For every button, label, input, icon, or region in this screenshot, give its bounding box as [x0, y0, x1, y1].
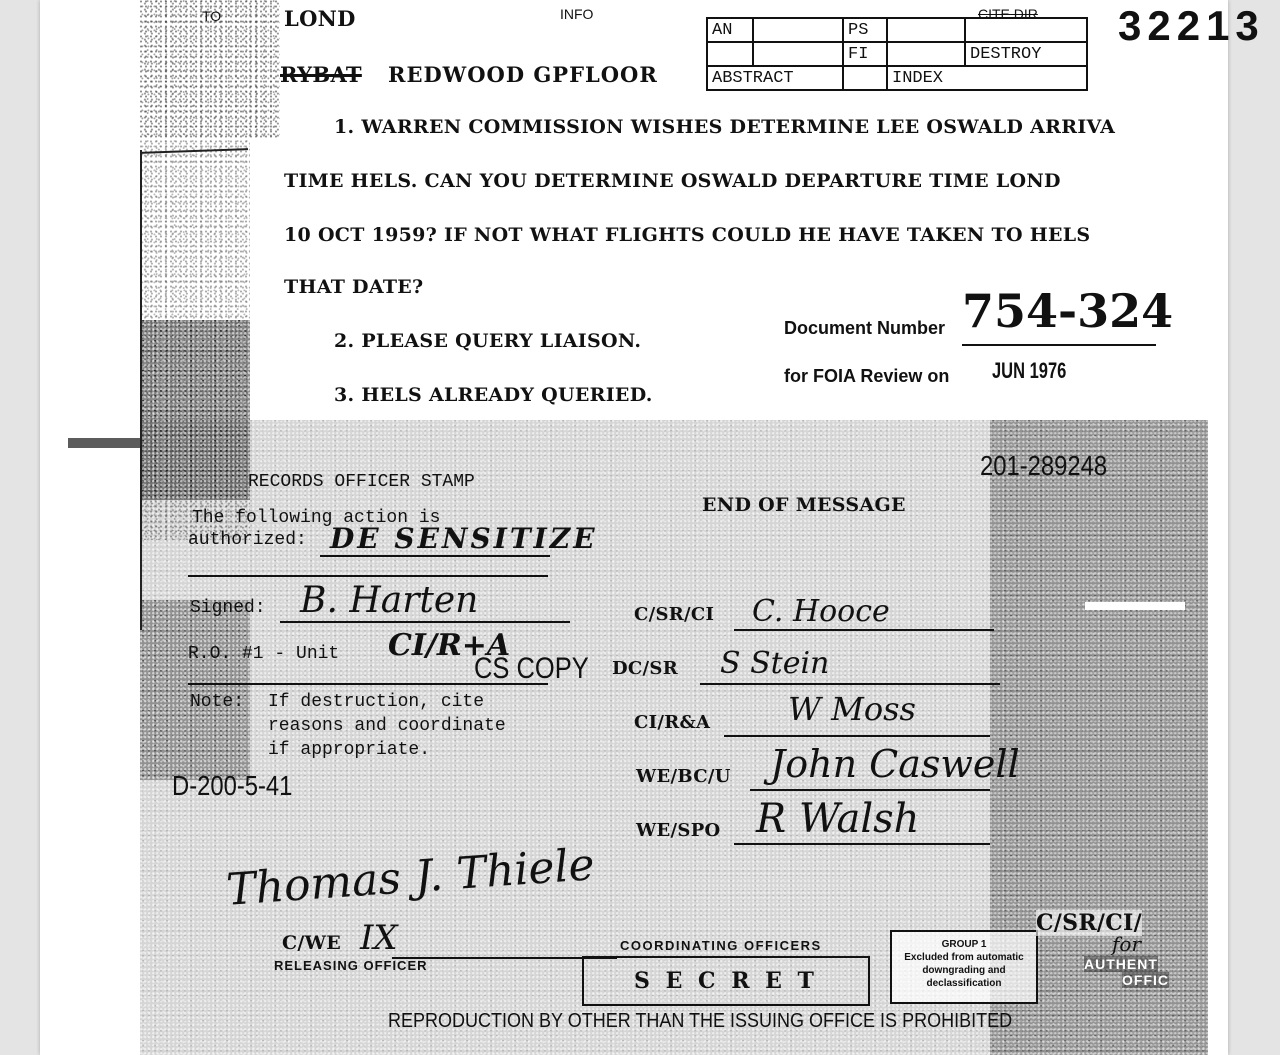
cs-copy-stamp: CS COPY [474, 652, 589, 686]
coord-label-1: C/SR/CI [634, 604, 714, 625]
doc-number-value: 754-324 [962, 284, 1173, 338]
signed-line [280, 620, 570, 623]
scanned-cable: TO LOND INFO CITE DIR 32213 RYBAT REDWOO… [140, 0, 1208, 1055]
paragraph-1-line-2: TIME HELS. CAN YOU DETERMINE OSWALD DEPA… [284, 170, 1061, 192]
authenticating-caption-1: AUTHENT [1084, 956, 1158, 972]
reproduction-notice: REPRODUCTION BY OTHER THAN THE ISSUING O… [388, 1010, 1012, 1033]
group-line-3: downgrading and [892, 964, 1036, 977]
routing-cell [843, 66, 887, 90]
authenticating-caption-2: OFFIC [1122, 972, 1169, 988]
stamp-divider [188, 574, 548, 577]
signed-label: Signed: [190, 598, 266, 618]
group-box: GROUP 1 Excluded from automatic downgrad… [890, 930, 1038, 1004]
signed-signature: B. Harten [300, 580, 478, 621]
info-label: INFO [560, 6, 593, 22]
coord-line-5 [734, 842, 990, 845]
scan-shadow [140, 600, 250, 780]
scan-line [140, 150, 142, 630]
group-line-1: GROUP 1 [892, 938, 1036, 951]
coord-line-1 [734, 628, 994, 631]
routing-cell: INDEX [887, 66, 1087, 90]
coord-label-5: WE/SPO [636, 820, 721, 841]
routing-table: AN PS FI DESTROY ABSTRACT INDEX [706, 17, 1088, 91]
file-number: 201-289248 [980, 450, 1107, 482]
to-value: LOND [284, 6, 356, 31]
coord-label-4: WE/BC/U [636, 766, 731, 787]
paragraph-2: 2. PLEASE QUERY LIAISON. [334, 330, 641, 352]
paragraph-1-line-1: 1. WARREN COMMISSION WISHES DETERMINE LE… [334, 116, 1115, 138]
slugline: REDWOOD GPFLOOR [388, 62, 658, 87]
routing-cell [753, 18, 843, 42]
routing-cell [965, 18, 1087, 42]
routing-cell: PS [843, 18, 887, 42]
group-box-text: GROUP 1 Excluded from automatic downgrad… [892, 938, 1036, 990]
group-line-2: Excluded from automatic [892, 951, 1036, 964]
coord-label-3: CI/R&A [634, 712, 710, 733]
coordinating-caption: COORDINATING OFFICERS [620, 938, 822, 953]
classification-box: S E C R E T [582, 956, 870, 1006]
routing-cell [753, 42, 843, 66]
authorized-value: DE SENSITIZE [330, 522, 598, 555]
classification-label: S E C R E T [584, 968, 868, 994]
releasing-initials: IX [360, 918, 398, 958]
routing-cell: ABSTRACT [707, 66, 843, 90]
coord-label-2: DC/SR [612, 658, 678, 679]
releasing-caption: RELEASING OFFICER [274, 958, 428, 973]
authorized-line [320, 554, 550, 557]
records-stamp-title: RECORDS OFFICER STAMP [248, 472, 475, 492]
coord-signature-1: C. Hooce [752, 594, 890, 629]
end-of-message: END OF MESSAGE [702, 494, 906, 516]
releasing-title: C/WE [282, 932, 341, 954]
slugline-struck: RYBAT [280, 62, 362, 87]
to-label: TO [202, 8, 221, 24]
scan-mark [68, 438, 140, 448]
note-label: Note: [190, 692, 244, 712]
coord-signature-3: W Moss [788, 690, 916, 728]
authenticating-initials: for [1112, 932, 1141, 956]
scan-gap [1085, 602, 1185, 610]
coord-line-3 [724, 734, 990, 737]
review-label: for FOIA Review on [784, 366, 949, 387]
doc-number-label: Document Number [784, 318, 945, 339]
paragraph-1-line-3: 10 OCT 1959? IF NOT WHAT FLIGHTS COULD H… [284, 224, 1090, 246]
routing-cell: FI [843, 42, 887, 66]
coord-signature-4: John Caswell [770, 742, 1020, 786]
stamp-divider [188, 682, 548, 685]
routing-cell [887, 18, 965, 42]
coord-signature-5: R Walsh [756, 796, 919, 842]
coord-signature-2: S Stein [720, 646, 829, 681]
paragraph-3: 3. HELS ALREADY QUERIED. [334, 384, 653, 406]
note-line-1: If destruction, cite [268, 692, 484, 712]
review-date: JUN 1976 [992, 358, 1066, 384]
form-number: D-200-5-41 [172, 770, 292, 802]
routing-cell: DESTROY [965, 42, 1087, 66]
note-line-2: reasons and coordinate [268, 716, 506, 736]
coord-line-2 [700, 682, 1000, 685]
routing-cell [887, 42, 965, 66]
group-line-4: declassification [892, 977, 1036, 990]
ro-unit-label: R.O. #1 - Unit [188, 644, 339, 664]
cite-number: 32213 [1118, 2, 1265, 50]
routing-cell [707, 42, 753, 66]
coord-line-4 [750, 788, 990, 791]
note-line-3: if appropriate. [268, 740, 430, 760]
document-page: TO LOND INFO CITE DIR 32213 RYBAT REDWOO… [40, 0, 1228, 1055]
routing-cell: AN [707, 18, 753, 42]
paragraph-1-line-4: THAT DATE? [284, 276, 423, 298]
authorized-label: authorized: [188, 530, 307, 550]
